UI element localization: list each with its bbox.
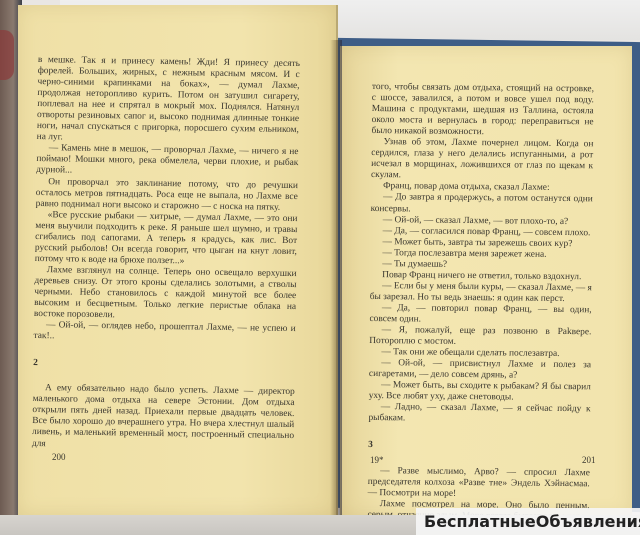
paragraph: Узнав об этом, Лахме почернел лицом. Ког… — [371, 137, 593, 184]
paragraph: — Разве мыслимо, Арво? — спросил Лахме п… — [368, 465, 590, 500]
left-page-text: в мешке. Так я и принесу камень! Жди! Я … — [32, 55, 300, 454]
paragraph: «Все русские рыбаки — хитрые, — думал Ла… — [35, 210, 298, 269]
paragraph: того, чтобы связать дом отдыха, стоящий … — [371, 82, 594, 140]
signature-mark: 19* — [370, 455, 384, 465]
book-spine-gutter — [330, 40, 342, 520]
paragraph: — Ой-ой, — присвистнул Лахме и полез за … — [369, 358, 591, 382]
right-page-number: 201 — [582, 455, 596, 465]
watermark: БесплатныеОбъявления.рф — [416, 508, 640, 535]
paragraph: — Ой-ой, — оглядев небо, прошептал Лахме… — [33, 320, 295, 346]
paragraph: А ему обязательно надо было успеть. Лахм… — [32, 383, 295, 453]
paragraph: — Да, — повторил повар Франц, — вы один,… — [369, 303, 591, 327]
section-number: 3 — [368, 440, 590, 453]
paragraph: — До завтра я продержусь, а потом остану… — [371, 192, 593, 216]
paragraph: — Если бы у меня были куры, — сказал Лах… — [370, 281, 592, 305]
left-page-number: 200 — [52, 452, 66, 462]
background-red-object — [0, 30, 14, 80]
paragraph: — Я, пожалуй, еще раз позвоню в Рakвере.… — [369, 325, 591, 349]
paragraph: — Может быть, вы сходите к рыбакам? Я бы… — [369, 380, 591, 404]
paragraph: Лахме взглянул на солнце. Теперь оно осв… — [34, 265, 297, 324]
paragraph: — Камень мне в мешок, — проворчал Лахме,… — [36, 143, 298, 180]
paragraph: в мешке. Так я и принесу камень! Жди! Я … — [37, 55, 300, 147]
right-page-text: того, чтобы связать дом отдыха, стоящий … — [367, 82, 594, 534]
paragraph: — Ладно, — сказал Лахме, — я сейчас пойд… — [368, 402, 590, 426]
section-number: 2 — [33, 358, 295, 373]
paragraph: Он проворчал это заклинание потому, что … — [36, 177, 298, 214]
